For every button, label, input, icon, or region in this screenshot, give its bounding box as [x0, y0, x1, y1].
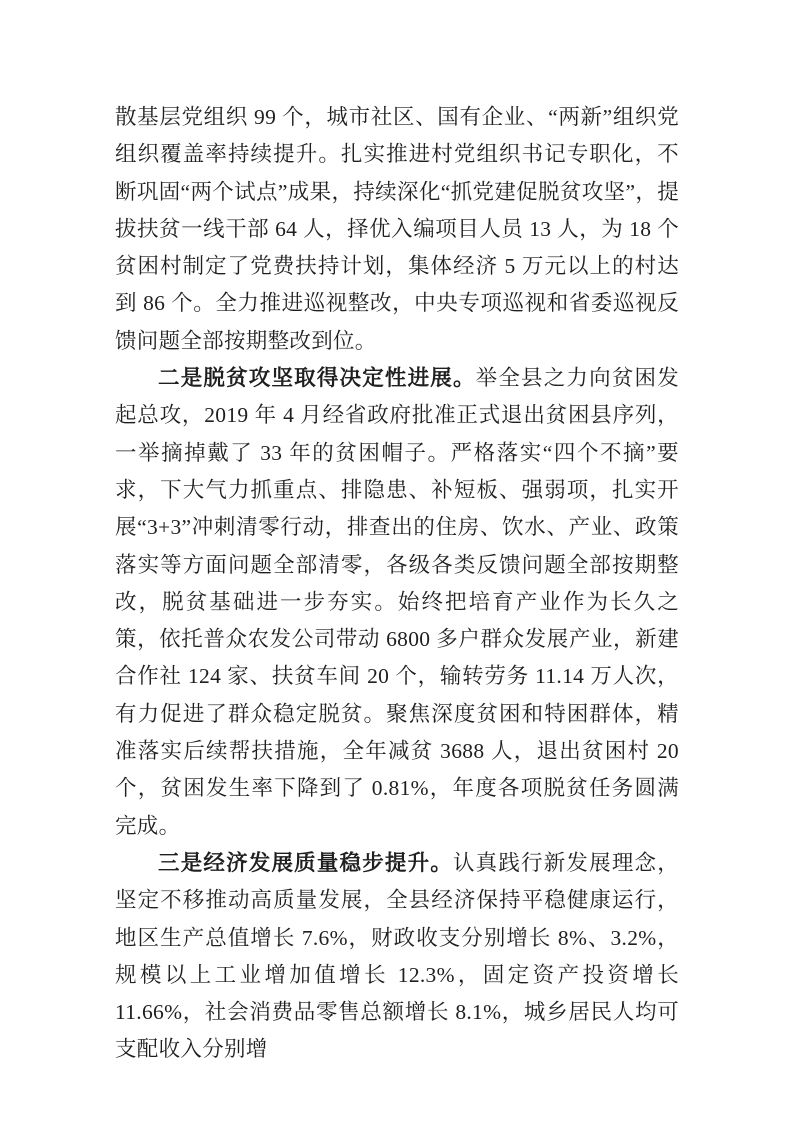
paragraph-text: 散基层党组织 99 个，城市社区、国有企业、“两新”组织党组织覆盖率持续提升。扎…: [115, 105, 679, 353]
text-block: 散基层党组织 99 个，城市社区、国有企业、“两新”组织党组织覆盖率持续提升。扎…: [115, 99, 679, 1069]
paragraph-text: 举全县之力向贫困发起总攻，2019 年 4 月经省政府批准正式退出贫困县序列，一…: [115, 366, 679, 838]
paragraph-continuation: 散基层党组织 99 个，城市社区、国有企业、“两新”组织党组织覆盖率持续提升。扎…: [115, 99, 679, 360]
paragraph-lead: 二是脱贫攻坚取得决定性进展。: [158, 366, 476, 390]
paragraph-section-two: 二是脱贫攻坚取得决定性进展。举全县之力向贫困发起总攻，2019 年 4 月经省政…: [115, 360, 679, 845]
document-page: 散基层党组织 99 个，城市社区、国有企业、“两新”组织党组织覆盖率持续提升。扎…: [0, 0, 793, 1122]
paragraph-text: 认真践行新发展理念，坚定不移推动高质量发展，全县经济保持平稳健康运行，地区生产总…: [115, 851, 679, 1061]
paragraph-lead: 三是经济发展质量稳步提升。: [158, 851, 453, 875]
paragraph-section-three: 三是经济发展质量稳步提升。认真践行新发展理念，坚定不移推动高质量发展，全县经济保…: [115, 845, 679, 1069]
